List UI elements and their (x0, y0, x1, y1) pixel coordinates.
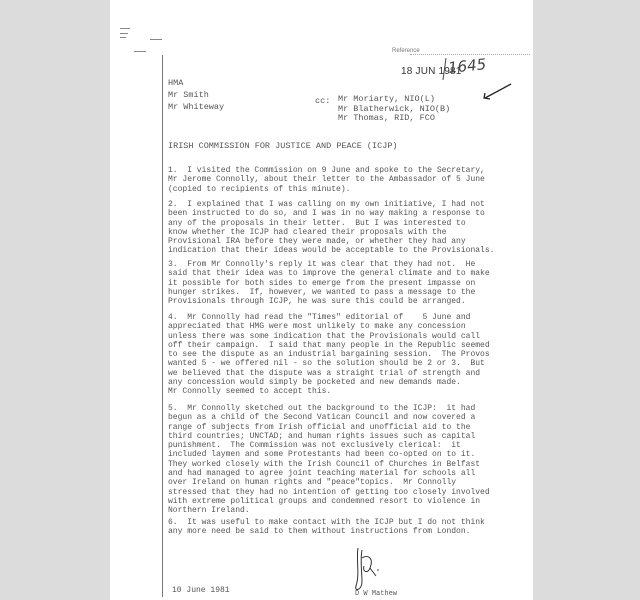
recipient: Mr Whiteway (168, 101, 224, 113)
paragraph-6: 6. It was useful to make contact with th… (168, 518, 528, 537)
margin-mark (120, 37, 126, 38)
cc-recipient: Mr Thomas, RID, FCO (338, 114, 450, 124)
recipients: HMA Mr Smith Mr Whiteway (168, 77, 224, 113)
margin-mark (120, 33, 128, 34)
margin-mark (134, 51, 146, 52)
paragraph-3: 3. From Mr Connolly's reply it was clear… (168, 260, 528, 306)
recipient: HMA (168, 77, 224, 89)
margin-line (162, 55, 163, 597)
paragraph-1: 1. I visited the Commission on 9 June an… (168, 166, 528, 194)
document-page: Reference 18 JUN 1981 1645 HMA Mr Smith … (110, 0, 533, 600)
subject-heading: IRISH COMMISSION FOR JUSTICE AND PEACE (… (168, 141, 398, 151)
handwritten-number: 1645 (447, 55, 487, 77)
cc-list: Mr Moriarty, NIO(L) Mr Blatherwick, NIO(… (338, 95, 450, 124)
paragraph-2: 2. I explained that I was calling on my … (168, 200, 528, 256)
recipient: Mr Smith (168, 89, 224, 101)
margin-mark (120, 28, 130, 29)
margin-mark (150, 39, 162, 40)
paragraph-4: 4. Mr Connolly had read the "Times" edit… (168, 313, 528, 397)
signature (350, 546, 384, 592)
reference-line (410, 54, 530, 55)
document-date: 10 June 1981 (172, 586, 230, 595)
handwritten-arrow-icon (482, 83, 512, 101)
cc-label: cc: (315, 95, 330, 107)
signatory-name: D W Mathew (355, 590, 397, 598)
paragraph-5: 5. Mr Connolly sketched out the backgrou… (168, 404, 528, 516)
